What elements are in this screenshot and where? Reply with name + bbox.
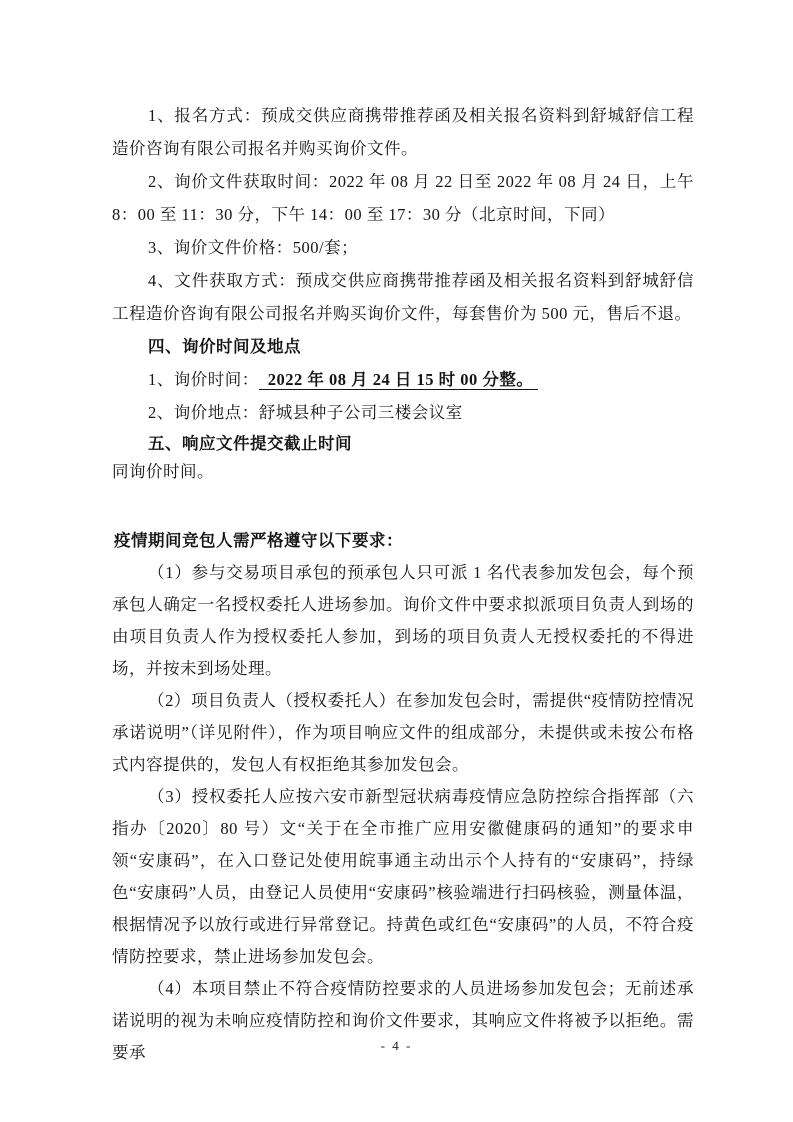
inquiry-time-label: 1、询价时间： xyxy=(148,370,259,389)
para-document-time: 2、询价文件获取时间：2022 年 08 月 22 日至 2022 年 08 月… xyxy=(112,165,694,231)
section5-body: 同询价时间。 xyxy=(112,459,694,485)
document-page: 1、报名方式：预成交供应商携带推荐函及相关报名资料到舒城舒信工程造价咨询有限公司… xyxy=(0,0,793,1122)
epidemic-title: 疫情期间竞包人需严格遵守以下要求： xyxy=(112,525,694,557)
para-document-method: 4、文件获取方式：预成交供应商携带推荐函及相关报名资料到舒城舒信工程造价咨询有限… xyxy=(112,264,694,330)
inquiry-time-line: 1、询价时间：2022 年 08 月 24 日 15 时 00 分整。 xyxy=(112,363,694,396)
epidemic-para-1: （1）参与交易项目承包的预承包人只可派 1 名代表参加发包会，每个预承包人确定一… xyxy=(112,557,694,685)
epidemic-para-3: （3）授权委托人应按六安市新型冠状病毒疫情应急防控综合指挥部（六指办〔2020〕… xyxy=(112,781,694,973)
epidemic-requirements-section: 疫情期间竞包人需严格遵守以下要求： （1）参与交易项目承包的预承包人只可派 1 … xyxy=(112,525,694,1069)
epidemic-para-4: （4）本项目禁止不符合疫情防控要求的人员进场参加发包会；无前述承诺说明的视为未响… xyxy=(112,973,694,1069)
section4-heading: 四、询价时间及地点 xyxy=(112,330,694,363)
epidemic-para-2: （2）项目负责人（授权委托人）在参加发包会时，需提供“疫情防控情况承诺说明”（详… xyxy=(112,685,694,781)
inquiry-place-line: 2、询价地点：舒城县种子公司三楼会议室 xyxy=(112,396,694,429)
para-document-price: 3、询价文件价格：500/套； xyxy=(112,231,694,264)
inquiry-time-value: 2022 年 08 月 24 日 15 时 00 分整。 xyxy=(259,370,539,390)
page-number: - 4 - xyxy=(0,1038,793,1054)
document-content: 1、报名方式：预成交供应商携带推荐函及相关报名资料到舒城舒信工程造价咨询有限公司… xyxy=(112,99,694,1069)
para-signup-method: 1、报名方式：预成交供应商携带推荐函及相关报名资料到舒城舒信工程造价咨询有限公司… xyxy=(112,99,694,165)
section5-heading: 五、响应文件提交截止时间 xyxy=(112,429,694,459)
